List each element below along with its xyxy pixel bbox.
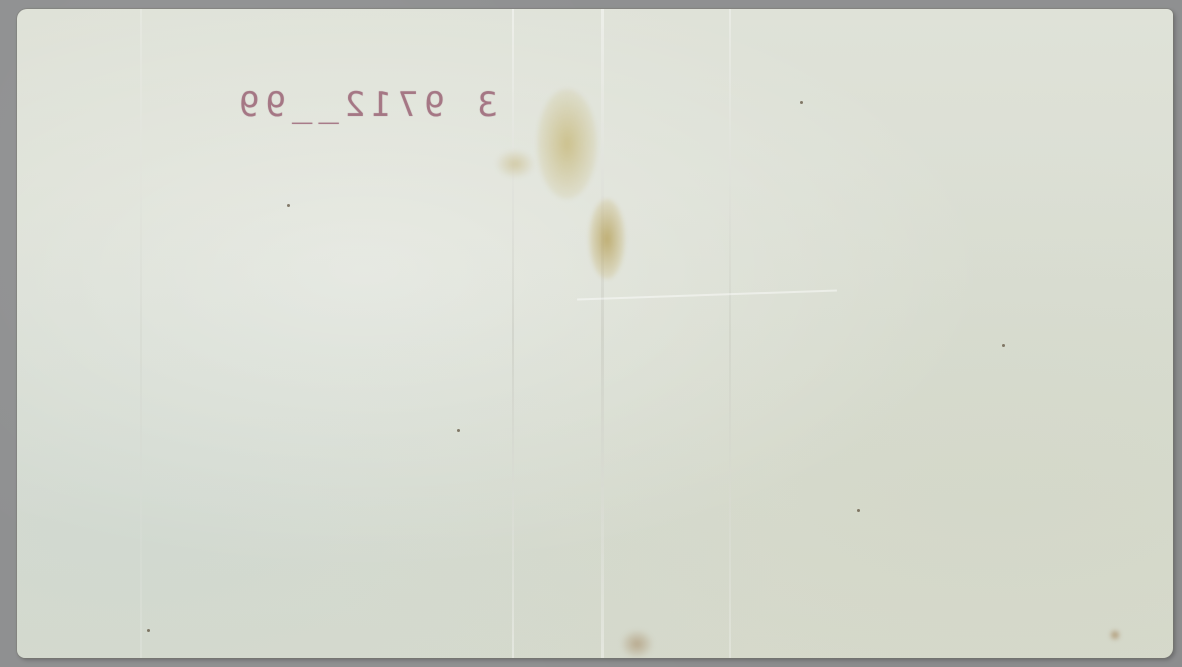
stain xyxy=(620,629,654,658)
fold-line xyxy=(601,9,604,658)
speck xyxy=(857,509,860,512)
stain xyxy=(589,199,625,279)
fold-line xyxy=(729,9,731,658)
serial-number-showthrough: 3 9712__99 xyxy=(233,85,498,125)
fold-line xyxy=(140,9,142,658)
speck xyxy=(1002,344,1005,347)
paper-note-back: 3 9712__99 xyxy=(17,9,1173,658)
speck xyxy=(287,204,290,207)
speck xyxy=(800,101,803,104)
stain xyxy=(495,149,535,179)
fold-line xyxy=(512,9,514,658)
speck xyxy=(457,429,460,432)
stain xyxy=(1109,629,1121,641)
crease xyxy=(577,289,837,300)
stain xyxy=(537,89,597,199)
speck xyxy=(147,629,150,632)
